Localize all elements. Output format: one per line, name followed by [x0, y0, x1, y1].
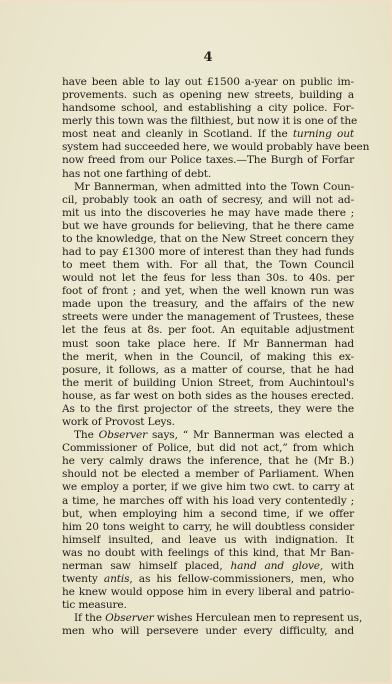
text-run: tic measure. [62, 599, 127, 611]
text-run: twenty [62, 573, 104, 585]
text-line: the merit of building Union Street, from… [62, 377, 354, 390]
text-line: we employ a porter, if we give him two c… [62, 481, 354, 494]
text-run: As to the first projector of the streets… [62, 403, 354, 415]
text-run: men who will persevere under every diffi… [62, 625, 354, 637]
paragraph: Mr Bannerman, when admitted into the Tow… [62, 181, 354, 429]
text-run: let the feus at 8s. per foot. An equitab… [62, 324, 354, 336]
text-line: the merit, when in the Council, of makin… [62, 351, 354, 364]
text-line: merly this town was the filthiest, but n… [62, 115, 354, 128]
text-run: streets were under the management of Tru… [62, 311, 354, 323]
text-line: but we have grounds for believing, that … [62, 220, 354, 233]
text-line: now freed from our Police taxes.—The Bur… [62, 154, 354, 167]
text-run: must soon take place here. If Mr Bannerm… [62, 338, 354, 350]
text-line: himself insulted, and leave us with indi… [62, 534, 354, 547]
text-line: a time, he marches off with his load ver… [62, 495, 354, 508]
text-run: we employ a porter, if we give him two c… [62, 481, 354, 493]
text-line: to meet them with. For all that, the Tow… [62, 259, 354, 272]
italic-text: antis [104, 573, 129, 585]
text-line: was no doubt with feelings of this kind,… [62, 547, 354, 560]
text-run: but we have grounds for believing, that … [62, 220, 354, 232]
text-line: have been able to lay out £1500 a-year o… [62, 76, 354, 89]
text-line: As to the first projector of the streets… [62, 403, 354, 416]
text-line: most neat and cleanly in Scotland. If th… [62, 128, 354, 141]
text-line: he knew would oppose him in every libera… [62, 586, 354, 599]
text-run: would not let the feus for less than 30s… [62, 272, 354, 284]
text-run: work of Provost Leys. [62, 416, 175, 428]
text-line: to the knowledge, that on the New Street… [62, 233, 354, 246]
text-line: Commissioner of Police, but did not act,… [62, 442, 354, 455]
text-line: tic measure. [62, 599, 354, 612]
text-run: was no doubt with feelings of this kind,… [62, 547, 354, 559]
text-run: wishes Herculean men to represent us, [154, 612, 363, 624]
text-line: handsome school, and establishing a city… [62, 102, 354, 115]
text-line: house, as far west on both sides as the … [62, 390, 354, 403]
text-run: says, “ Mr Bannerman was elected a [147, 429, 354, 441]
text-run: a time, he marches off with his load ver… [62, 495, 354, 507]
text-line: streets were under the management of Tru… [62, 311, 354, 324]
italic-text: Observer [99, 429, 147, 441]
text-run: posure, it follows, as a matter of cours… [62, 364, 354, 376]
text-line: men who will persevere under every diffi… [62, 625, 354, 638]
text-run: made upon the treasury, and the affairs … [62, 298, 354, 310]
text-line: foot of front ; and yet, when the well k… [62, 285, 354, 298]
text-run: had to pay £1300 more of interest than t… [62, 246, 354, 258]
text-run: the merit of building Union Street, from… [62, 377, 354, 389]
text-run: has not one farthing of debt. [62, 168, 211, 180]
text-line: system had succeeded here, we would prob… [62, 141, 354, 154]
text-run: to the knowledge, that on the New Street… [62, 233, 354, 245]
text-run: he very calmly draws the inference, that… [62, 455, 354, 467]
text-run: provements. such as opening new streets,… [62, 89, 354, 101]
text-line: should not be elected a member of Parlia… [62, 468, 354, 481]
italic-text: hand and glove, [230, 560, 323, 572]
text-line: If the Observer wishes Herculean men to … [62, 612, 354, 625]
text-line: had to pay £1300 more of interest than t… [62, 246, 354, 259]
text-run: handsome school, and establishing a city… [62, 102, 354, 114]
text-line: must soon take place here. If Mr Bannerm… [62, 338, 354, 351]
text-line: posure, it follows, as a matter of cours… [62, 364, 354, 377]
text-line: let the feus at 8s. per foot. An equitab… [62, 324, 354, 337]
text-line: has not one farthing of debt. [62, 168, 354, 181]
text-line: mit us into the discoveries he may have … [62, 207, 354, 220]
italic-text: turning out [293, 128, 354, 140]
text-run: but, when employing him a second time, i… [62, 508, 354, 520]
text-line: provements. such as opening new streets,… [62, 89, 354, 102]
text-run: Commissioner of Police, but did not act,… [62, 442, 354, 454]
body-text: have been able to lay out £1500 a-year o… [62, 76, 354, 638]
text-run: to meet them with. For all that, the Tow… [62, 259, 354, 271]
text-run: the merit, when in the Council, of makin… [62, 351, 354, 363]
text-line: but, when employing him a second time, i… [62, 508, 354, 521]
paragraph: have been able to lay out £1500 a-year o… [62, 76, 354, 181]
paragraph: The Observer says, “ Mr Bannerman was el… [62, 429, 354, 612]
text-run: mit us into the discoveries he may have … [62, 207, 354, 219]
text-run: The [74, 429, 99, 441]
text-run: nerman saw himself placed, [62, 560, 230, 572]
text-line: would not let the feus for less than 30s… [62, 272, 354, 285]
text-run: now freed from our Police taxes.—The Bur… [62, 154, 354, 166]
text-line: twenty antis, as his fellow-commissioner… [62, 573, 354, 586]
text-run: with [323, 560, 354, 572]
text-run: system had succeeded here, we would prob… [62, 141, 369, 153]
text-run: most neat and cleanly in Scotland. If th… [62, 128, 293, 140]
book-page: 4 have been able to lay out £1500 a-year… [0, 2, 390, 682]
page-number: 4 [0, 50, 392, 65]
text-line: The Observer says, “ Mr Bannerman was el… [62, 429, 354, 442]
text-run: foot of front ; and yet, when the well k… [62, 285, 354, 297]
text-run: house, as far west on both sides as the … [62, 390, 354, 402]
text-run: cil, probably took an oath of secresy, a… [62, 194, 354, 206]
text-line: work of Provost Leys. [62, 416, 354, 429]
text-run: merly this town was the filthiest, but n… [62, 115, 357, 127]
text-line: Mr Bannerman, when admitted into the Tow… [62, 181, 354, 194]
text-line: nerman saw himself placed, hand and glov… [62, 560, 354, 573]
text-line: him 20 tons weight to carry, he will dou… [62, 521, 354, 534]
text-run: , as his fellow-commissioners, men, who [129, 573, 354, 585]
text-run: should not be elected a member of Parlia… [62, 468, 354, 480]
italic-text: Observer [105, 612, 153, 624]
text-line: he very calmly draws the inference, that… [62, 455, 354, 468]
text-run: he knew would oppose him in every libera… [62, 586, 354, 598]
text-run: Mr Bannerman, when admitted into the Tow… [74, 181, 354, 193]
text-run: himself insulted, and leave us with indi… [62, 534, 354, 546]
text-run: him 20 tons weight to carry, he will dou… [62, 521, 354, 533]
text-line: made upon the treasury, and the affairs … [62, 298, 354, 311]
text-line: cil, probably took an oath of secresy, a… [62, 194, 354, 207]
text-run: If the [74, 612, 105, 624]
paragraph: If the Observer wishes Herculean men to … [62, 612, 354, 638]
text-run: have been able to lay out £1500 a-year o… [62, 76, 354, 88]
